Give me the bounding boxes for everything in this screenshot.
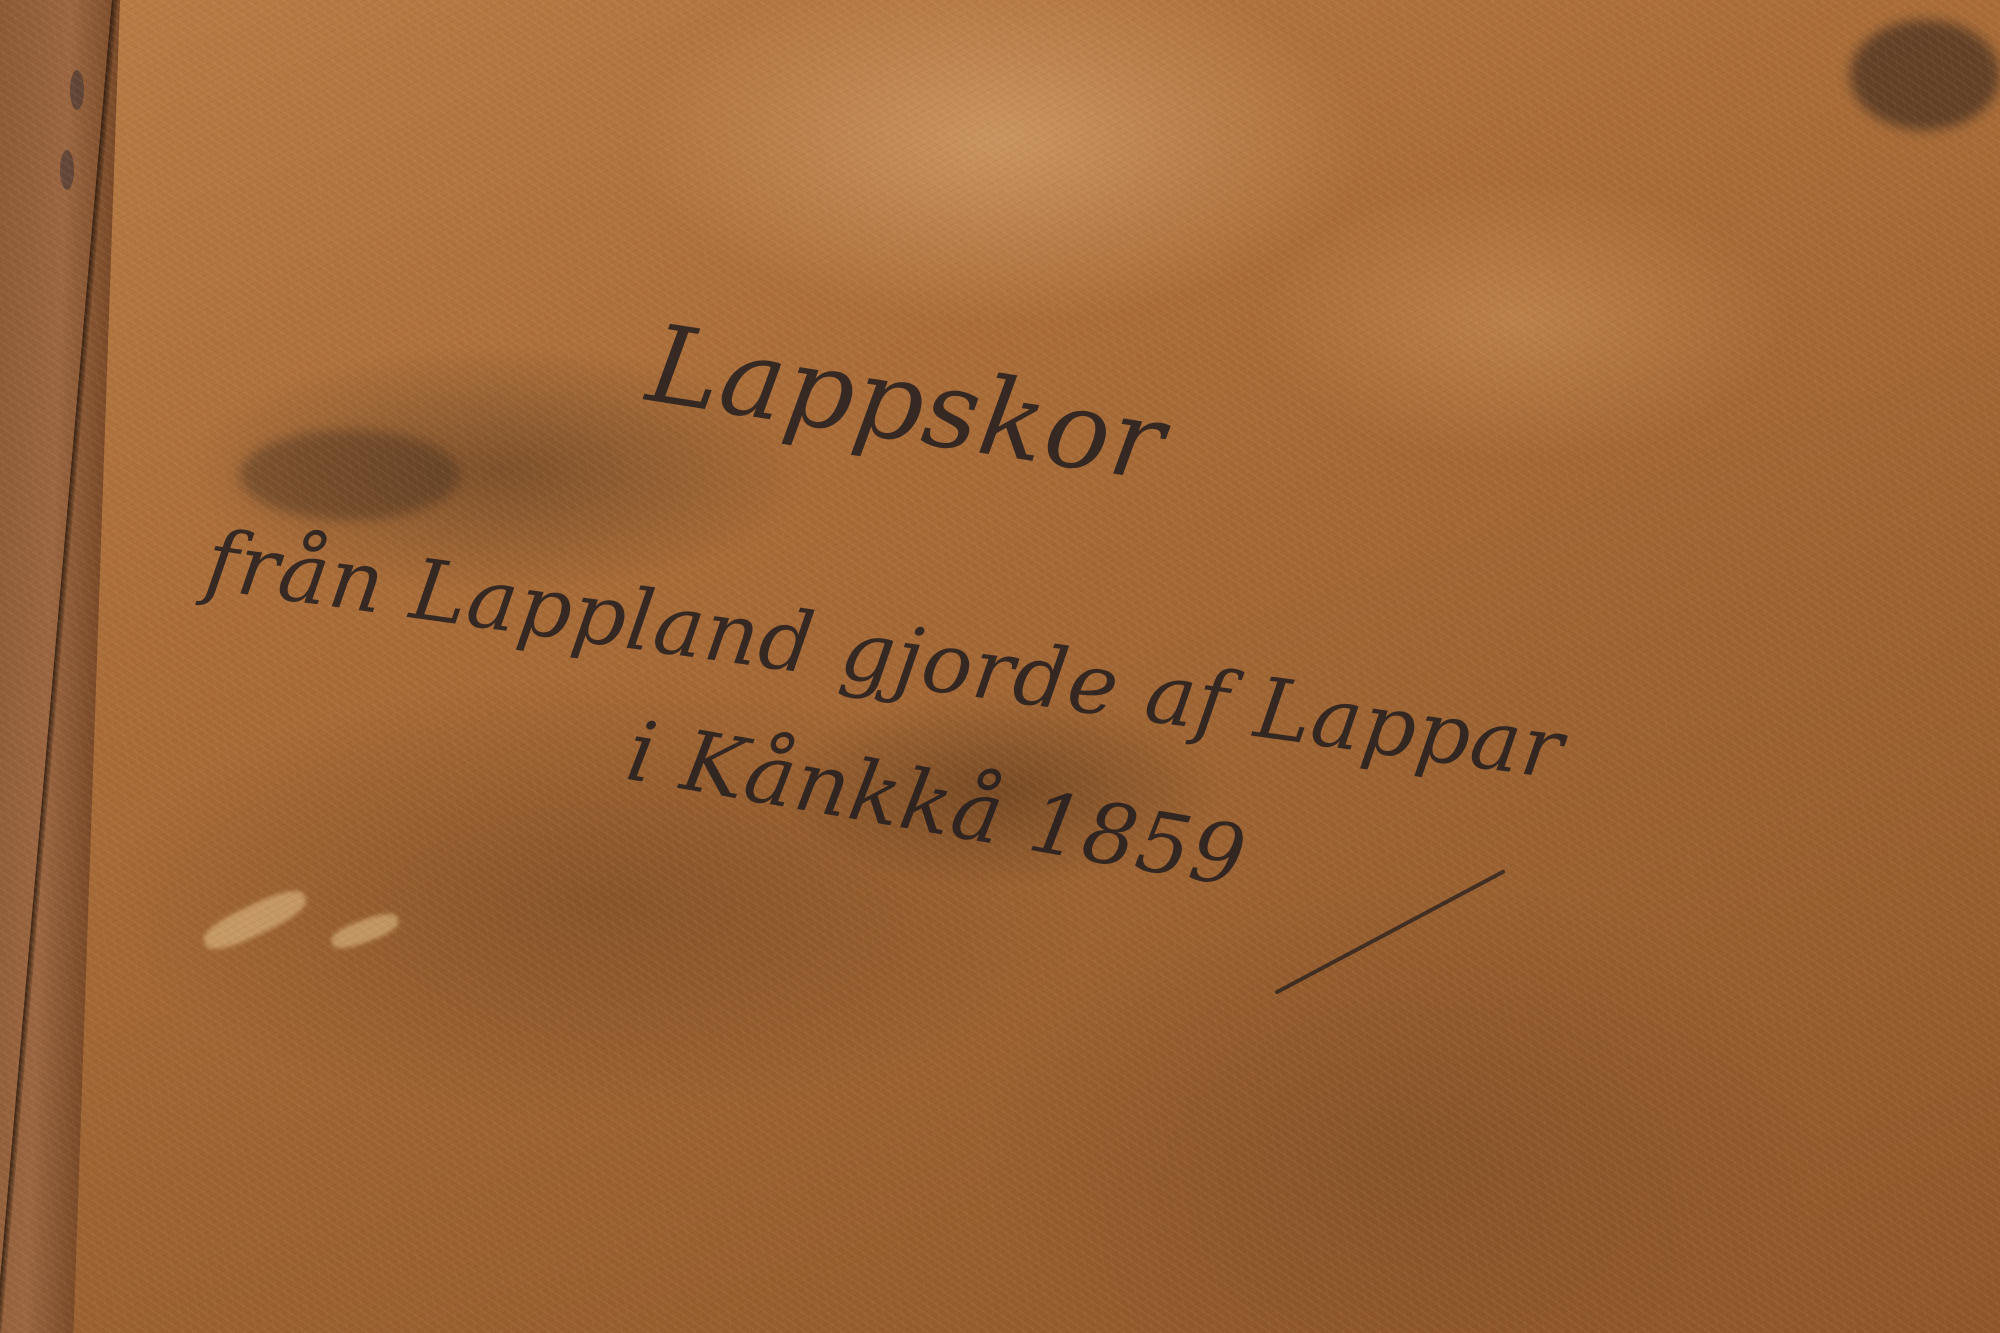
leather-scuff xyxy=(328,909,401,954)
seam-stitch-mark xyxy=(60,150,74,190)
seam-stitch-mark xyxy=(70,70,84,110)
ink-stain xyxy=(1850,20,2000,130)
leather-photo: Lappskor från Lappland gjorde af Lappar … xyxy=(0,0,2000,1333)
inscription-line-1: Lappskor xyxy=(640,302,1173,507)
ink-flourish xyxy=(1274,869,1505,995)
dark-smudge xyxy=(240,430,460,520)
leather-scuff xyxy=(199,883,311,957)
